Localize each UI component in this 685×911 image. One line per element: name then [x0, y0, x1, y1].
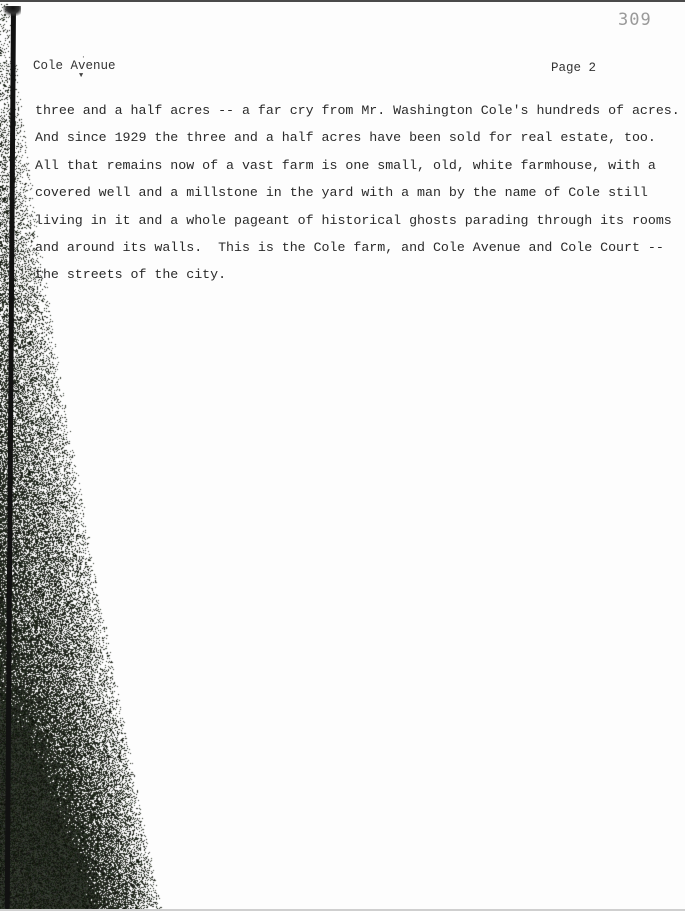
page-stamp-number: 309 — [618, 10, 652, 30]
text-line: covered well and a millstone in the yard… — [35, 184, 635, 211]
text-line: And since 1929 the three and a half acre… — [35, 129, 635, 156]
body-text: three and a half acres -- a far cry from… — [35, 102, 635, 294]
text-line: All that remains now of a vast farm is o… — [35, 157, 635, 184]
binding-cap — [3, 6, 21, 16]
text-line: three and a half acres -- a far cry from… — [35, 102, 635, 129]
page-number-label: Page 2 — [551, 61, 596, 75]
scan-top-edge — [0, 0, 685, 2]
typing-mark-caret: ▼ — [79, 72, 83, 80]
text-line: living in it and a whole pageant of hist… — [35, 212, 635, 239]
text-line: and around its walls. This is the Cole f… — [35, 239, 635, 266]
document-page: 309 Cole Avenue · ▼ Page 2 three and a h… — [0, 0, 685, 911]
header-title-text: Cole Avenue — [33, 59, 116, 73]
typing-mark-dot: · — [81, 53, 86, 62]
document-header-title: Cole Avenue · ▼ — [33, 59, 116, 73]
text-line: the streets of the city. — [35, 266, 635, 293]
binding-line — [5, 6, 16, 909]
